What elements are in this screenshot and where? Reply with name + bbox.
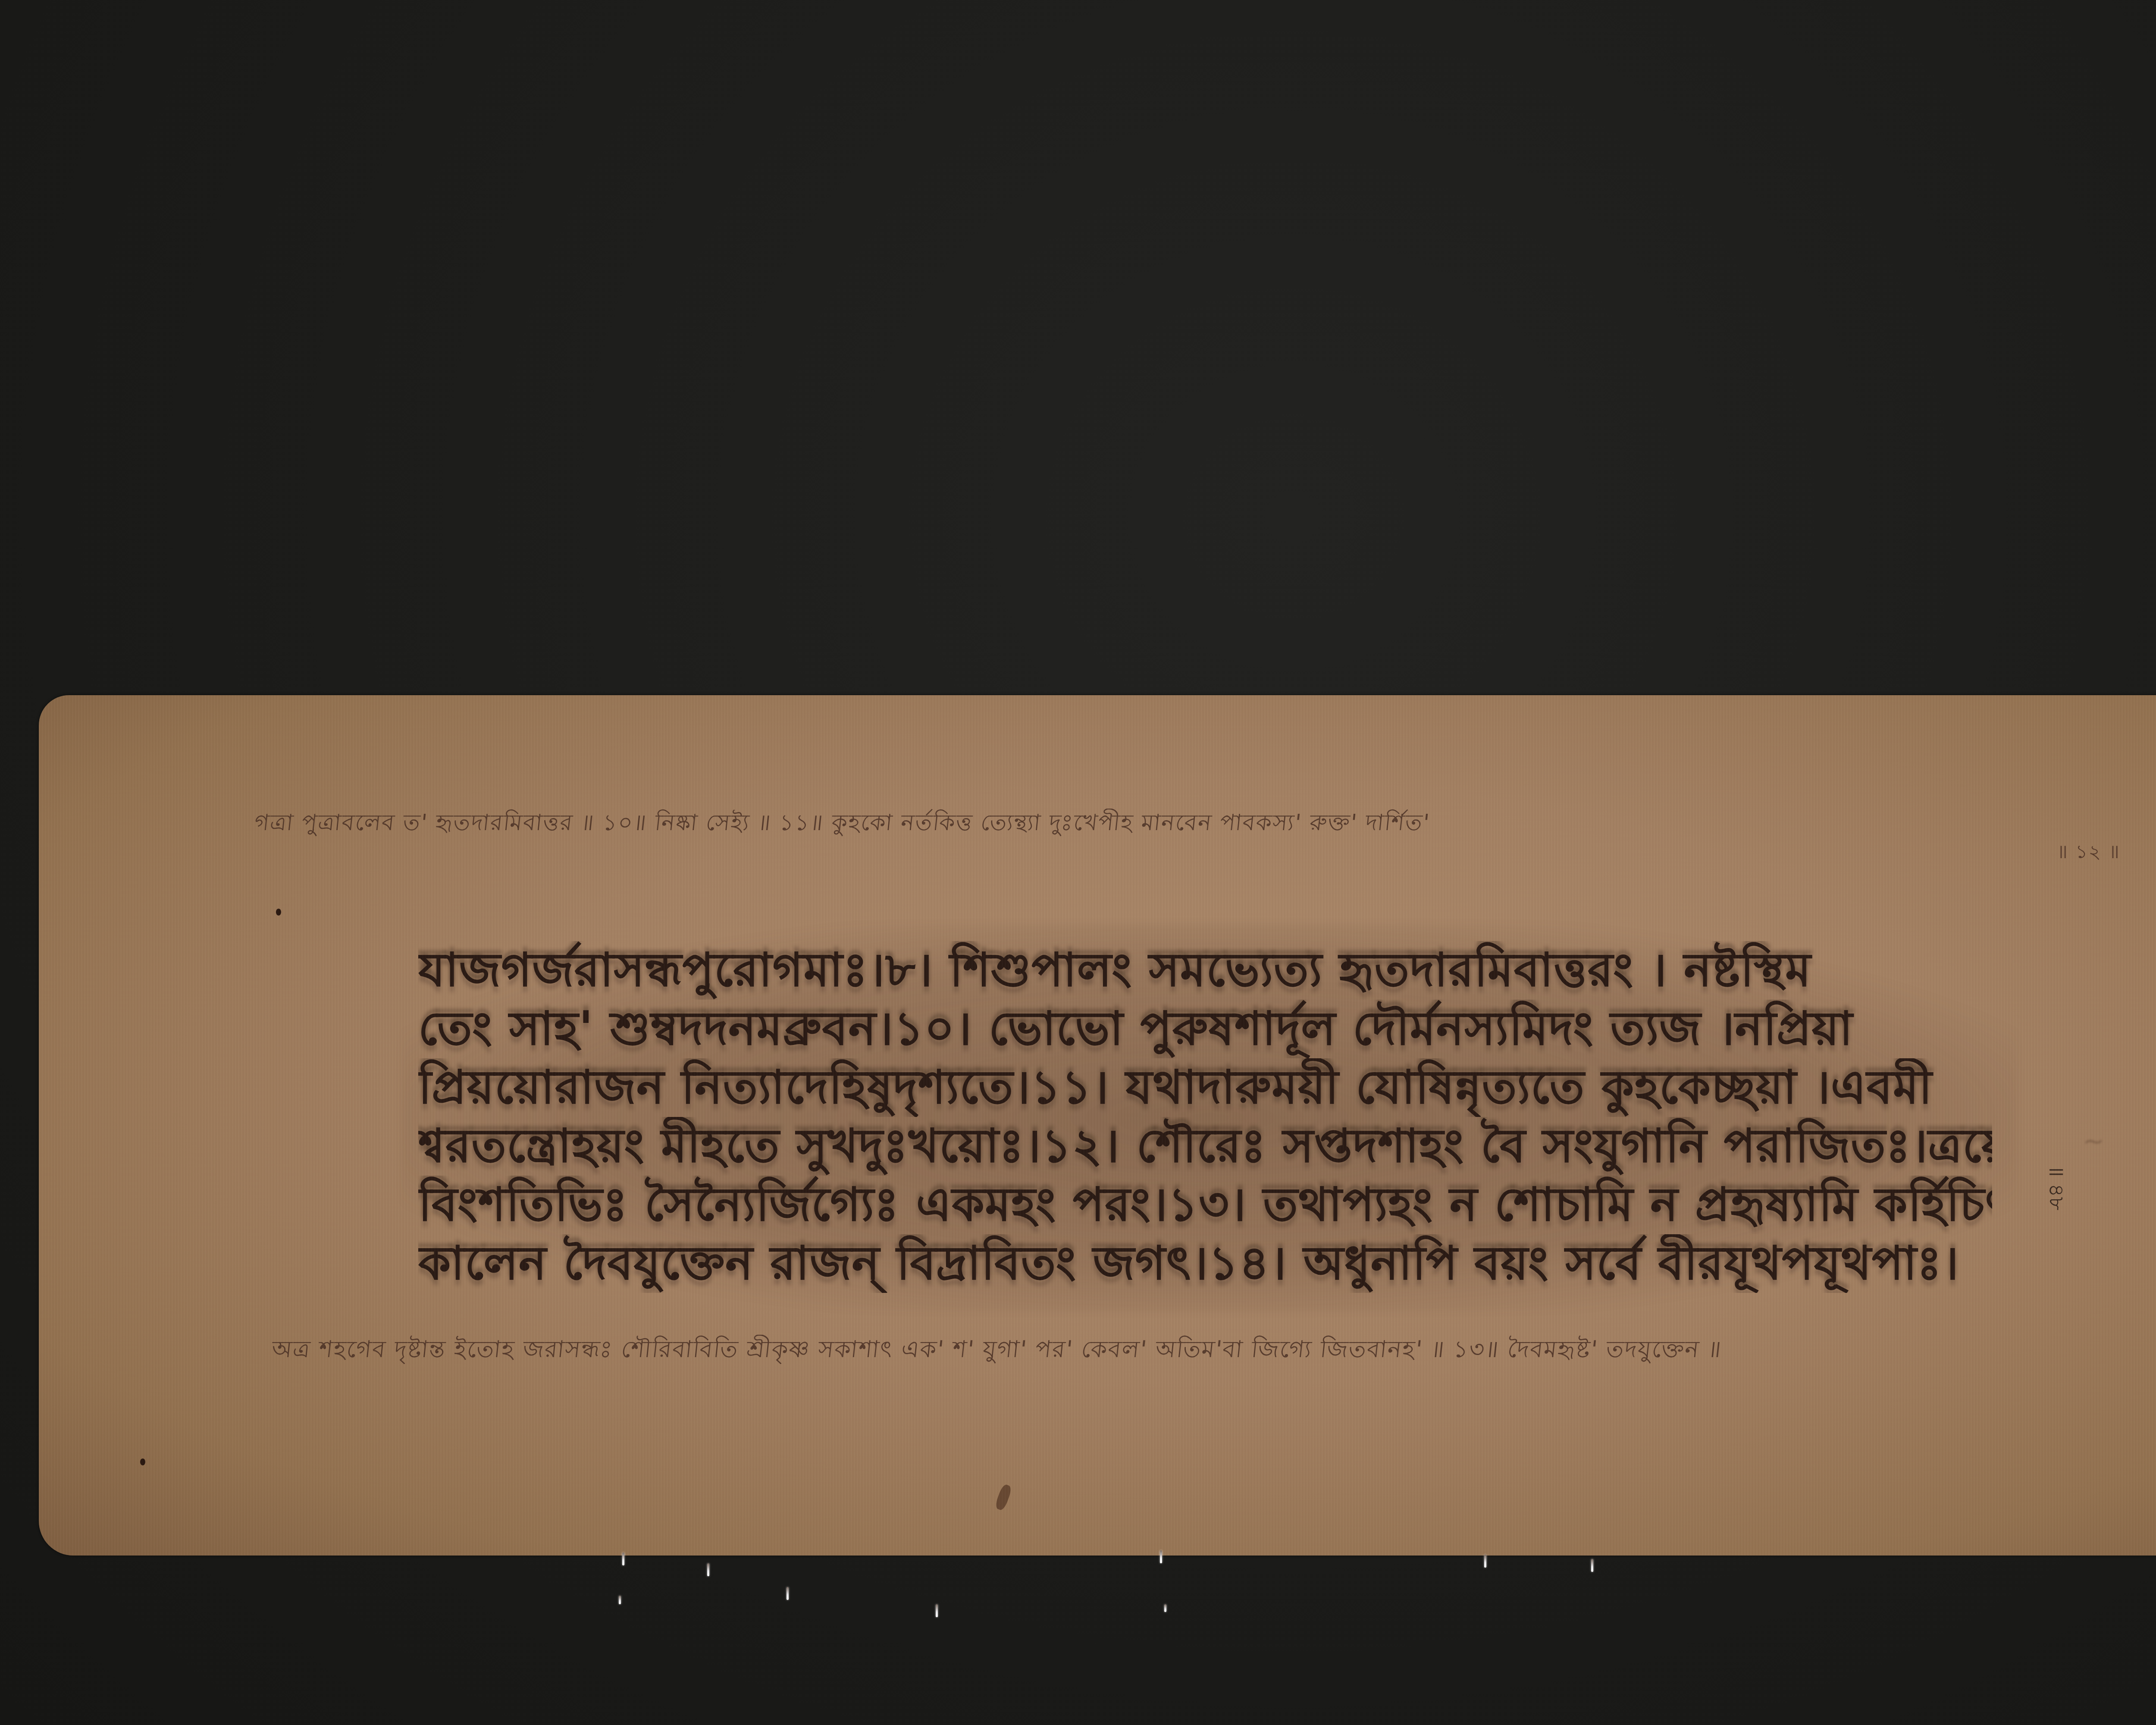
- ink-stain: [994, 1483, 1012, 1512]
- mounting-pin: [1160, 1550, 1162, 1563]
- main-text-line: তেং সাহ' শুম্বদদনমব্রুবন।১০। ভোভো পুরুষশ…: [418, 1000, 1992, 1058]
- mounting-pin: [1591, 1559, 1593, 1572]
- mounting-pin: [622, 1552, 624, 1565]
- mounting-pin: [787, 1587, 789, 1600]
- ink-dot: [140, 1458, 145, 1465]
- main-text-line: যাজগর্জরাসন্ধপুরোগমাঃ।৮। শিশুপালং সমভ্যে…: [418, 941, 1992, 1000]
- main-text-line: শ্বরতন্ত্রোহয়ং মীহতে সুখদুঃখয়োঃ।১২। শৌ…: [418, 1117, 1992, 1176]
- mounting-pin: [1164, 1604, 1166, 1612]
- top-gloss-verse-number: ॥ ১২ ॥: [2057, 837, 2120, 869]
- manuscript-folio: গত্রা পুত্রাবলেব ত' হৃতদারমিবাত্তর ॥ ১০॥…: [39, 695, 2156, 1556]
- ink-dot: [276, 909, 281, 916]
- main-text-line: বিংশতিভিঃ সৈন্যৈর্জিগ্যেঃ একমহং পরং।১৩। …: [418, 1176, 1992, 1234]
- main-text-line: কালেন দৈবযুক্তেন রাজন্ বিদ্রাবিতং জগৎ।১৪…: [418, 1234, 1992, 1293]
- main-text-line: প্রিয়য়োরাজন নিত্যাদেহিষুদৃশ্যতে।১১। যথ…: [418, 1058, 1992, 1117]
- main-text-block: যাজগর্জরাসন্ধপুরোগমাঃ।৮। শিশুপালং সমভ্যে…: [418, 941, 1992, 1295]
- mounting-pin: [707, 1563, 709, 1576]
- bottom-marginal-gloss: অত্র শহগেব দৃষ্টান্ত ইতোহ জরাসন্ধঃ শৌরিব…: [269, 1331, 1724, 1370]
- mounting-pin: [1484, 1555, 1486, 1568]
- top-marginal-gloss: গত্রা পুত্রাবলেব ত' হৃতদারমিবাত্তর ॥ ১০॥…: [252, 805, 1432, 843]
- faded-marginal-mark: ~: [2083, 1126, 2104, 1157]
- mounting-pin: [936, 1604, 938, 1617]
- folio-number: ॥ ৪৮: [2038, 1165, 2072, 1211]
- mounting-pin: [619, 1596, 621, 1604]
